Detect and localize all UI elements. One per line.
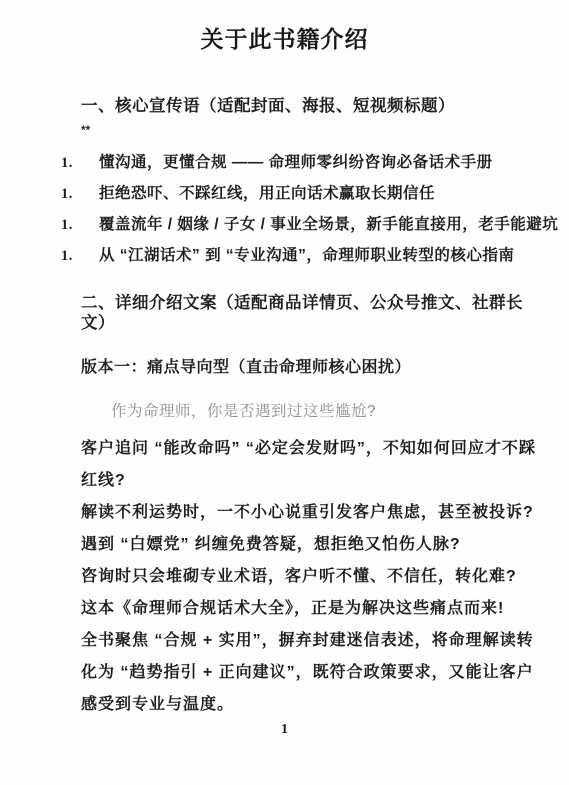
list-item-marker: 1. bbox=[61, 185, 99, 203]
pain-point-paragraphs: 客户追问 “能改命吗” “必定会发财吗”，不知如何回应才不踩红线? 解读不利运势… bbox=[81, 433, 543, 721]
list-item-text: 拒绝恐吓、不踩红线，用正向话术赢取长期信任 bbox=[99, 185, 435, 202]
page-title: 关于此书籍介绍 bbox=[0, 24, 569, 56]
markdown-stars-artifact: ** bbox=[81, 124, 543, 136]
list-item: 1.拒绝恐吓、不踩红线，用正向话术赢取长期信任 bbox=[61, 185, 543, 203]
list-item-marker: 1. bbox=[61, 216, 99, 234]
document-body: 一、核心宣传语（适配封面、海报、短视频标题） ** 1.懂沟通，更懂合规 —— … bbox=[0, 96, 569, 721]
page-number: 1 bbox=[0, 722, 569, 738]
pain-point-lead-line: 作为命理师，你是否遇到过这些尴尬? bbox=[111, 403, 543, 421]
promo-list: 1.懂沟通，更懂合规 —— 命理师零纠纷咨询必备话术手册 1.拒绝恐吓、不踩红线… bbox=[61, 154, 543, 265]
list-item: 1.覆盖流年 / 姻缘 / 子女 / 事业全场景，新手能直接用，老手能避坑 bbox=[61, 216, 543, 234]
paragraph: 这本《命理师合规话术大全》，正是为解决这些痛点而来! bbox=[81, 593, 543, 625]
section-heading-promo: 一、核心宣传语（适配封面、海报、短视频标题） bbox=[81, 96, 543, 116]
list-item-marker: 1. bbox=[61, 247, 99, 265]
paragraph: 解读不利运势时，一不小心说重引发客户焦虑，甚至被投诉? bbox=[81, 497, 543, 529]
list-item-marker: 1. bbox=[61, 154, 99, 172]
list-item: 1.从 “江湖话术” 到 “专业沟通”，命理师职业转型的核心指南 bbox=[61, 247, 543, 265]
list-item-text: 覆盖流年 / 姻缘 / 子女 / 事业全场景，新手能直接用，老手能避坑 bbox=[99, 216, 558, 233]
paragraph: 全书聚焦 “合规 + 实用”，摒弃封建迷信表述，将命理解读转化为 “趋势指引 +… bbox=[81, 625, 543, 721]
version-one-heading: 版本一：痛点导向型（直击命理师核心困扰） bbox=[81, 359, 543, 377]
paragraph: 咨询时只会堆砌专业术语，客户听不懂、不信任，转化难? bbox=[81, 561, 543, 593]
section-heading-detail: 二、详细介绍文案（适配商品详情页、公众号推文、社群长文） bbox=[81, 293, 543, 333]
list-item-text: 懂沟通，更懂合规 —— 命理师零纠纷咨询必备话术手册 bbox=[99, 154, 493, 171]
paragraph: 遇到 “白嫖党” 纠缠免费答疑，想拒绝又怕伤人脉? bbox=[81, 529, 543, 561]
document-page: 关于此书籍介绍 一、核心宣传语（适配封面、海报、短视频标题） ** 1.懂沟通，… bbox=[0, 0, 569, 785]
list-item: 1.懂沟通，更懂合规 —— 命理师零纠纷咨询必备话术手册 bbox=[61, 154, 543, 172]
paragraph: 客户追问 “能改命吗” “必定会发财吗”，不知如何回应才不踩红线? bbox=[81, 433, 543, 497]
list-item-text: 从 “江湖话术” 到 “专业沟通”，命理师职业转型的核心指南 bbox=[99, 247, 514, 264]
